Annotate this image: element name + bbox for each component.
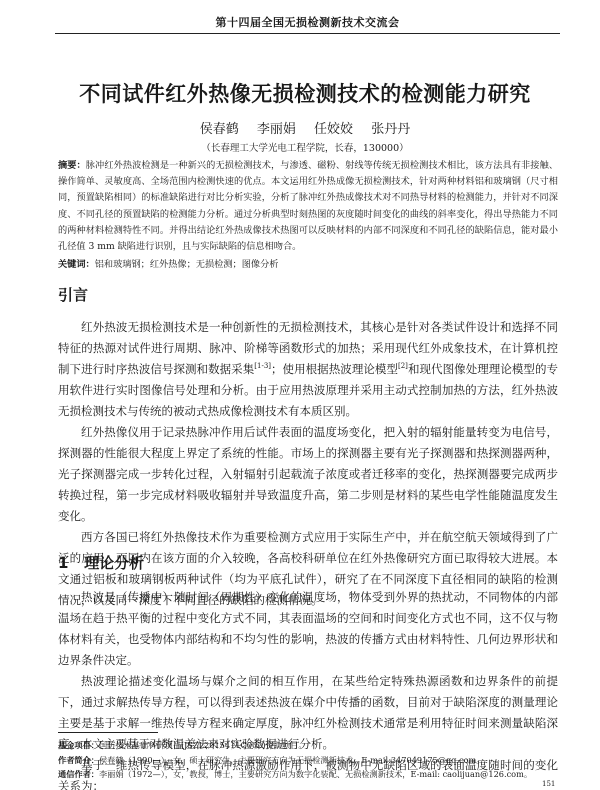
affiliation: （长春理工大学光电工程学院，长春，130000） [40, 140, 570, 154]
text-run: ；使用根据热波理论模型 [271, 362, 398, 376]
header-rule [55, 33, 560, 34]
paper-title: 不同试件红外热像无损检测技术的检测能力研究 [40, 78, 570, 108]
footnote-label: 基金项目： [58, 740, 99, 750]
citation: [1-3] [254, 362, 271, 370]
footnote-funding: 基金项目：国防技术基础科研项目(JSZL2015411C002)资助项目。 [58, 738, 568, 753]
abstract-text: 脉冲红外热波检测是一种新兴的无损检测技术，与渗透、磁粉、射线等传统无损检测技术相… [58, 160, 558, 252]
keywords-label: 关键词： [58, 259, 95, 270]
section-title: 理论分析 [84, 554, 144, 572]
section-number: 1 [58, 554, 68, 572]
footnote-author-bio: 作者简介：侯春鹤（1990—），女，硕士研究生，主要研究方向为无损检测新技术，E… [58, 753, 568, 768]
footnote-label: 通信作者： [58, 769, 99, 779]
citation: [2] [398, 362, 408, 370]
keywords: 关键词：铝和玻璃钢；红外热像；无损检测；图像分析 [58, 256, 558, 270]
footnote-text: 侯春鹤（1990—），女，硕士研究生，主要研究方向为无损检测新技术，E-mail… [99, 755, 485, 765]
section-heading-theory: 1 理论分析 [58, 552, 144, 573]
running-header: 第十四届全国无损检测新技术交流会 [55, 14, 560, 30]
footnote-corresponding-author: 通信作者：李丽娟（1972—），女，教授，博士，主要研究方向为数字化装配、无损检… [58, 767, 568, 782]
footnote-text: 国防技术基础科研项目(JSZL2015411C002)资助项目。 [99, 740, 307, 750]
footnote-label: 作者简介： [58, 755, 99, 765]
footnote-text: 李丽娟（1972—），女，教授，博士，主要研究方向为数字化装配、无损检测新技术，… [99, 769, 532, 779]
section-heading-introduction: 引言 [58, 284, 88, 305]
paragraph: 热波是（传播中）随时间（周期性）变化的温度场，物体受到外界的热扰动，不同物体的内… [58, 587, 558, 671]
paragraph: 红外热像仪用于记录热脉冲作用后试件表面的温度场变化，把入射的辐射能量转变为电信号… [58, 422, 558, 527]
footnotes: 基金项目：国防技术基础科研项目(JSZL2015411C002)资助项目。 作者… [58, 738, 568, 782]
footnote-rule [58, 732, 158, 733]
abstract-label: 摘要： [58, 160, 86, 171]
authors: 侯春鹤 李丽娟 任姣姣 张丹丹 [40, 118, 570, 137]
abstract: 摘要：脉冲红外热波检测是一种新兴的无损检测技术，与渗透、磁粉、射线等传统无损检测… [58, 158, 558, 255]
keywords-text: 铝和玻璃钢；红外热像；无损检测；图像分析 [95, 259, 279, 270]
paragraph: 红外热波无损检测技术是一种创新性的无损检测技术，其核心是针对各类试件设计和选择不… [58, 317, 558, 422]
page-number: 151 [542, 780, 555, 788]
